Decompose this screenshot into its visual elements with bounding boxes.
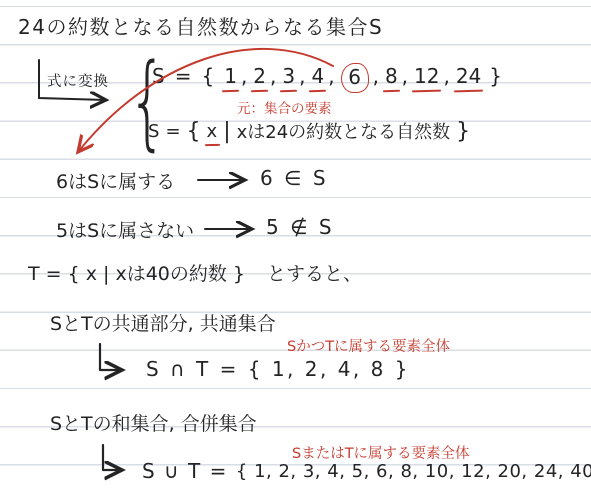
note-title: 24の約数となる自然数からなる集合S xyxy=(18,11,383,40)
t-definition-suffix: とすると、 xyxy=(267,259,362,286)
set-element: 8 xyxy=(385,64,398,88)
separator: , xyxy=(443,64,449,88)
separator: , xyxy=(270,64,276,88)
set-element: 2 xyxy=(253,64,266,88)
element-note: 元：集合の要素 xyxy=(237,97,332,117)
set-variable: x xyxy=(207,121,218,142)
union-heading: SとTの和集合, 合併集合 xyxy=(50,409,257,436)
set-element: 3 xyxy=(282,64,295,88)
notebook-page: 24の約数となる自然数からなる集合S 式に変換 { S = { 1,2,3,4,… xyxy=(0,0,591,500)
set-element: 12 xyxy=(414,64,439,88)
equals-sign: = xyxy=(175,64,192,88)
intersection-note: SかつTに属する要素全体 xyxy=(287,335,450,356)
non-membership-formula: 5 ∉ S xyxy=(266,215,334,239)
intersection-formula: S ∩ T = { 1, 2, 4, 8 } xyxy=(146,357,410,381)
hook-arrow-icon xyxy=(100,344,122,370)
separator: , xyxy=(241,64,247,88)
membership-label: 6はSに属する xyxy=(56,167,175,194)
non-membership-label: 5はSに属さない xyxy=(56,216,194,243)
vertical-bar: | xyxy=(223,119,230,144)
intersection-heading: SとTの共通部分, 共通集合 xyxy=(50,309,276,336)
union-lhs: S ∪ T = xyxy=(142,459,228,483)
equals-sign: = xyxy=(165,121,180,142)
set-builder-line: S = { x | xは24の約数となる自然数 } xyxy=(148,118,470,144)
union-formula: S ∪ T = { 1, 2, 3, 4, 5, 6, 8, 10, 12, 2… xyxy=(142,459,591,483)
open-brace: { xyxy=(187,119,201,144)
separator: , xyxy=(373,64,379,88)
set-roster-elements: 1,2,3,4,6,8,12,24 xyxy=(224,61,481,91)
convert-to-formula-label: 式に変換 xyxy=(47,70,109,91)
set-roster-line: S = { 1,2,3,4,6,8,12,24 } xyxy=(152,61,502,91)
separator: , xyxy=(328,64,334,88)
hook-arrow-icon xyxy=(103,445,122,470)
close-brace: } xyxy=(489,64,502,88)
set-element: 1 xyxy=(224,64,237,88)
separator: , xyxy=(299,64,305,88)
set-element: 4 xyxy=(311,64,324,88)
separator: , xyxy=(402,64,408,88)
t-definition-line: T = { x | xは40の約数 } とすると、 xyxy=(28,259,362,286)
membership-formula: 6 ∈ S xyxy=(260,166,328,190)
set-condition: xは24の約数となる自然数 xyxy=(237,118,451,144)
open-brace: { xyxy=(201,64,214,88)
set-name: S xyxy=(152,64,165,88)
set-element: 24 xyxy=(456,64,481,88)
close-brace: } xyxy=(456,119,470,144)
t-definition-formula: T = { x | xは40の約数 } xyxy=(28,259,245,286)
set-name: S xyxy=(148,121,159,142)
union-set: { 1, 2, 3, 4, 5, 6, 8, 10, 12, 20, 24, 4… xyxy=(236,461,591,482)
circled-set-element: 6 xyxy=(341,63,369,93)
